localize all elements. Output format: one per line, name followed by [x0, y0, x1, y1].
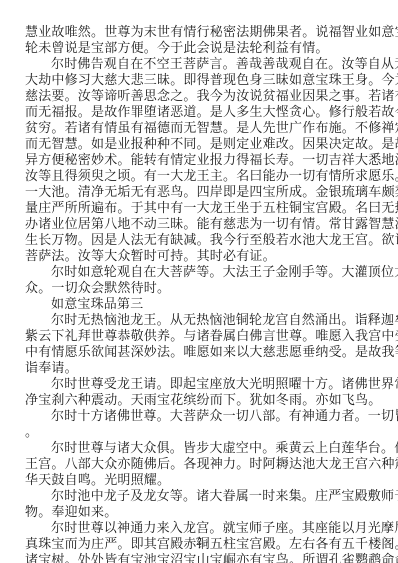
text-line: 物。奉迎如来。	[25, 505, 370, 521]
text-line: 而无福报。是故作罪堕诸恶道。是人多生大悭贪心。修行般若故今世得智无福	[25, 105, 370, 121]
text-line: 尔时世尊以神通力来入龙宫。就宝师子座。其座能以月光摩尼水精白银妙	[25, 521, 370, 537]
text-line: 大劫中修习大慈大悲三昧。即得普现色身三昧如意宝珠王身。今为此间诸说大	[25, 73, 370, 89]
text-line: 紫云下礼拜世尊恭敬供养。与诸眷属白佛言世尊。唯愿入我宫中受我供养。池	[25, 329, 370, 345]
page-number: - 2 -	[0, 537, 398, 548]
text-line: 尔时十方诸佛世尊。大菩萨众一切八部。有神通力者。一切皆来一时云集	[25, 409, 370, 425]
text-line: 王宫。八部大众亦随佛后。各现神力。时阿耨达池大龙王宫六种震动。雨宝莲	[25, 457, 370, 473]
text-line: 尔时世尊受龙王请。即起宝座放大光明照曜十方。诸佛世界常住法界。清	[25, 377, 370, 393]
text-line: 净宝刹六种震动。天雨宝花缤纷而下。犹如冬雨。亦如飞鸟。	[25, 393, 370, 409]
text-line: 慈法要。汝等谛听善思念之。我今为汝说贫福业因果之事。若诸有情虽有智性	[25, 89, 370, 105]
text-line: 。	[25, 425, 370, 441]
text-line: 尔时世尊与诸大众俱。皆步大虚空中。乘黄云上白莲华台。作天妓乐入龙	[25, 441, 370, 457]
text-line: 菩萨法。汝等大众暂时可持。其时必有证。	[25, 249, 370, 265]
text-line: 量庄严所所遍布。于其中有一大龙王坐于五柱铜宝宫殿。名曰无热恼龙王。能	[25, 201, 370, 217]
text-line: 异方便秘密妙术。能转有情定业报力得福长寿。一切吉祥大悉地法决定成就。	[25, 153, 370, 169]
text-line: 华天鼓自鸣。光明照耀。	[25, 473, 370, 489]
text-line: 而无智慧。如是业报种种不同。是则定业难改。因果决定故。是故难转诸佛有	[25, 137, 370, 153]
text-line: 贫穷。若诸有情虽有福德而无智慧。是人先世广作布施。不修禅定故今世有福	[25, 121, 370, 137]
text-line: 中有情愿乐欲闻甚深妙法。唯愿如来以大慈悲愿垂纳受。是故我等及以眷属来	[25, 345, 370, 361]
text-line: 尔时无热恼池龙王。从无热恼池铜轮龙宫自然涌出。诣释迦牟尼佛所。从	[25, 313, 370, 329]
text-line: 汝等且得须臾之顷。有一大龙王主。名曰能办一切有情所求愿乐。去此不远有	[25, 169, 370, 185]
text-line: 尔时如意轮观自在大菩萨等。大法王子金刚手等。大灌顶位大菩萨摩诃萨	[25, 265, 370, 281]
text-line: 一大池。清净无垢无有恶鸟。四岸即是四宝所成。金银琉璃车𤦲颇梨真珠等无	[25, 185, 370, 201]
text-line: 如意宝珠品第三	[25, 297, 370, 313]
text-line: 轮未曾说是宝部方便。今于此会说是法轮利益有情。	[25, 41, 370, 57]
text-line: 慧业故唯然。世尊为末世有情行秘密法期佛果者。说福智业如意宝轮。诸佛法	[25, 25, 370, 41]
text-line: 办诸业位居第八地不动三昧。能有慈悲为一切有情。常甘露智慧法水长养五谷	[25, 217, 370, 233]
text-line: 尔时佛告观自在不空王菩萨言。善哉善哉观自在。汝等自从无始以来。于	[25, 57, 370, 73]
text-line: 诣奉请。	[25, 361, 370, 377]
text-line: 众。一切众会默然待时。	[25, 281, 370, 297]
text-line: 诸宝树。处处皆有宝池宝沼宝山宝崛亦有宝鸟。所谓孔雀鹦鹉命命诸鸟和鸣游	[25, 553, 370, 563]
document-page: 慧业故唯然。世尊为末世有情行秘密法期佛果者。说福智业如意宝轮。诸佛法轮未曾说是宝…	[25, 25, 370, 563]
text-line: 生长万物。因是人法无有缺减。我今行至般若水池大龙王宫。欲说如意宝珠大	[25, 233, 370, 249]
text-line: 尔时池中龙子及龙女等。诸大眷属一时来集。庄严宝殿敷师子座。办备供	[25, 489, 370, 505]
